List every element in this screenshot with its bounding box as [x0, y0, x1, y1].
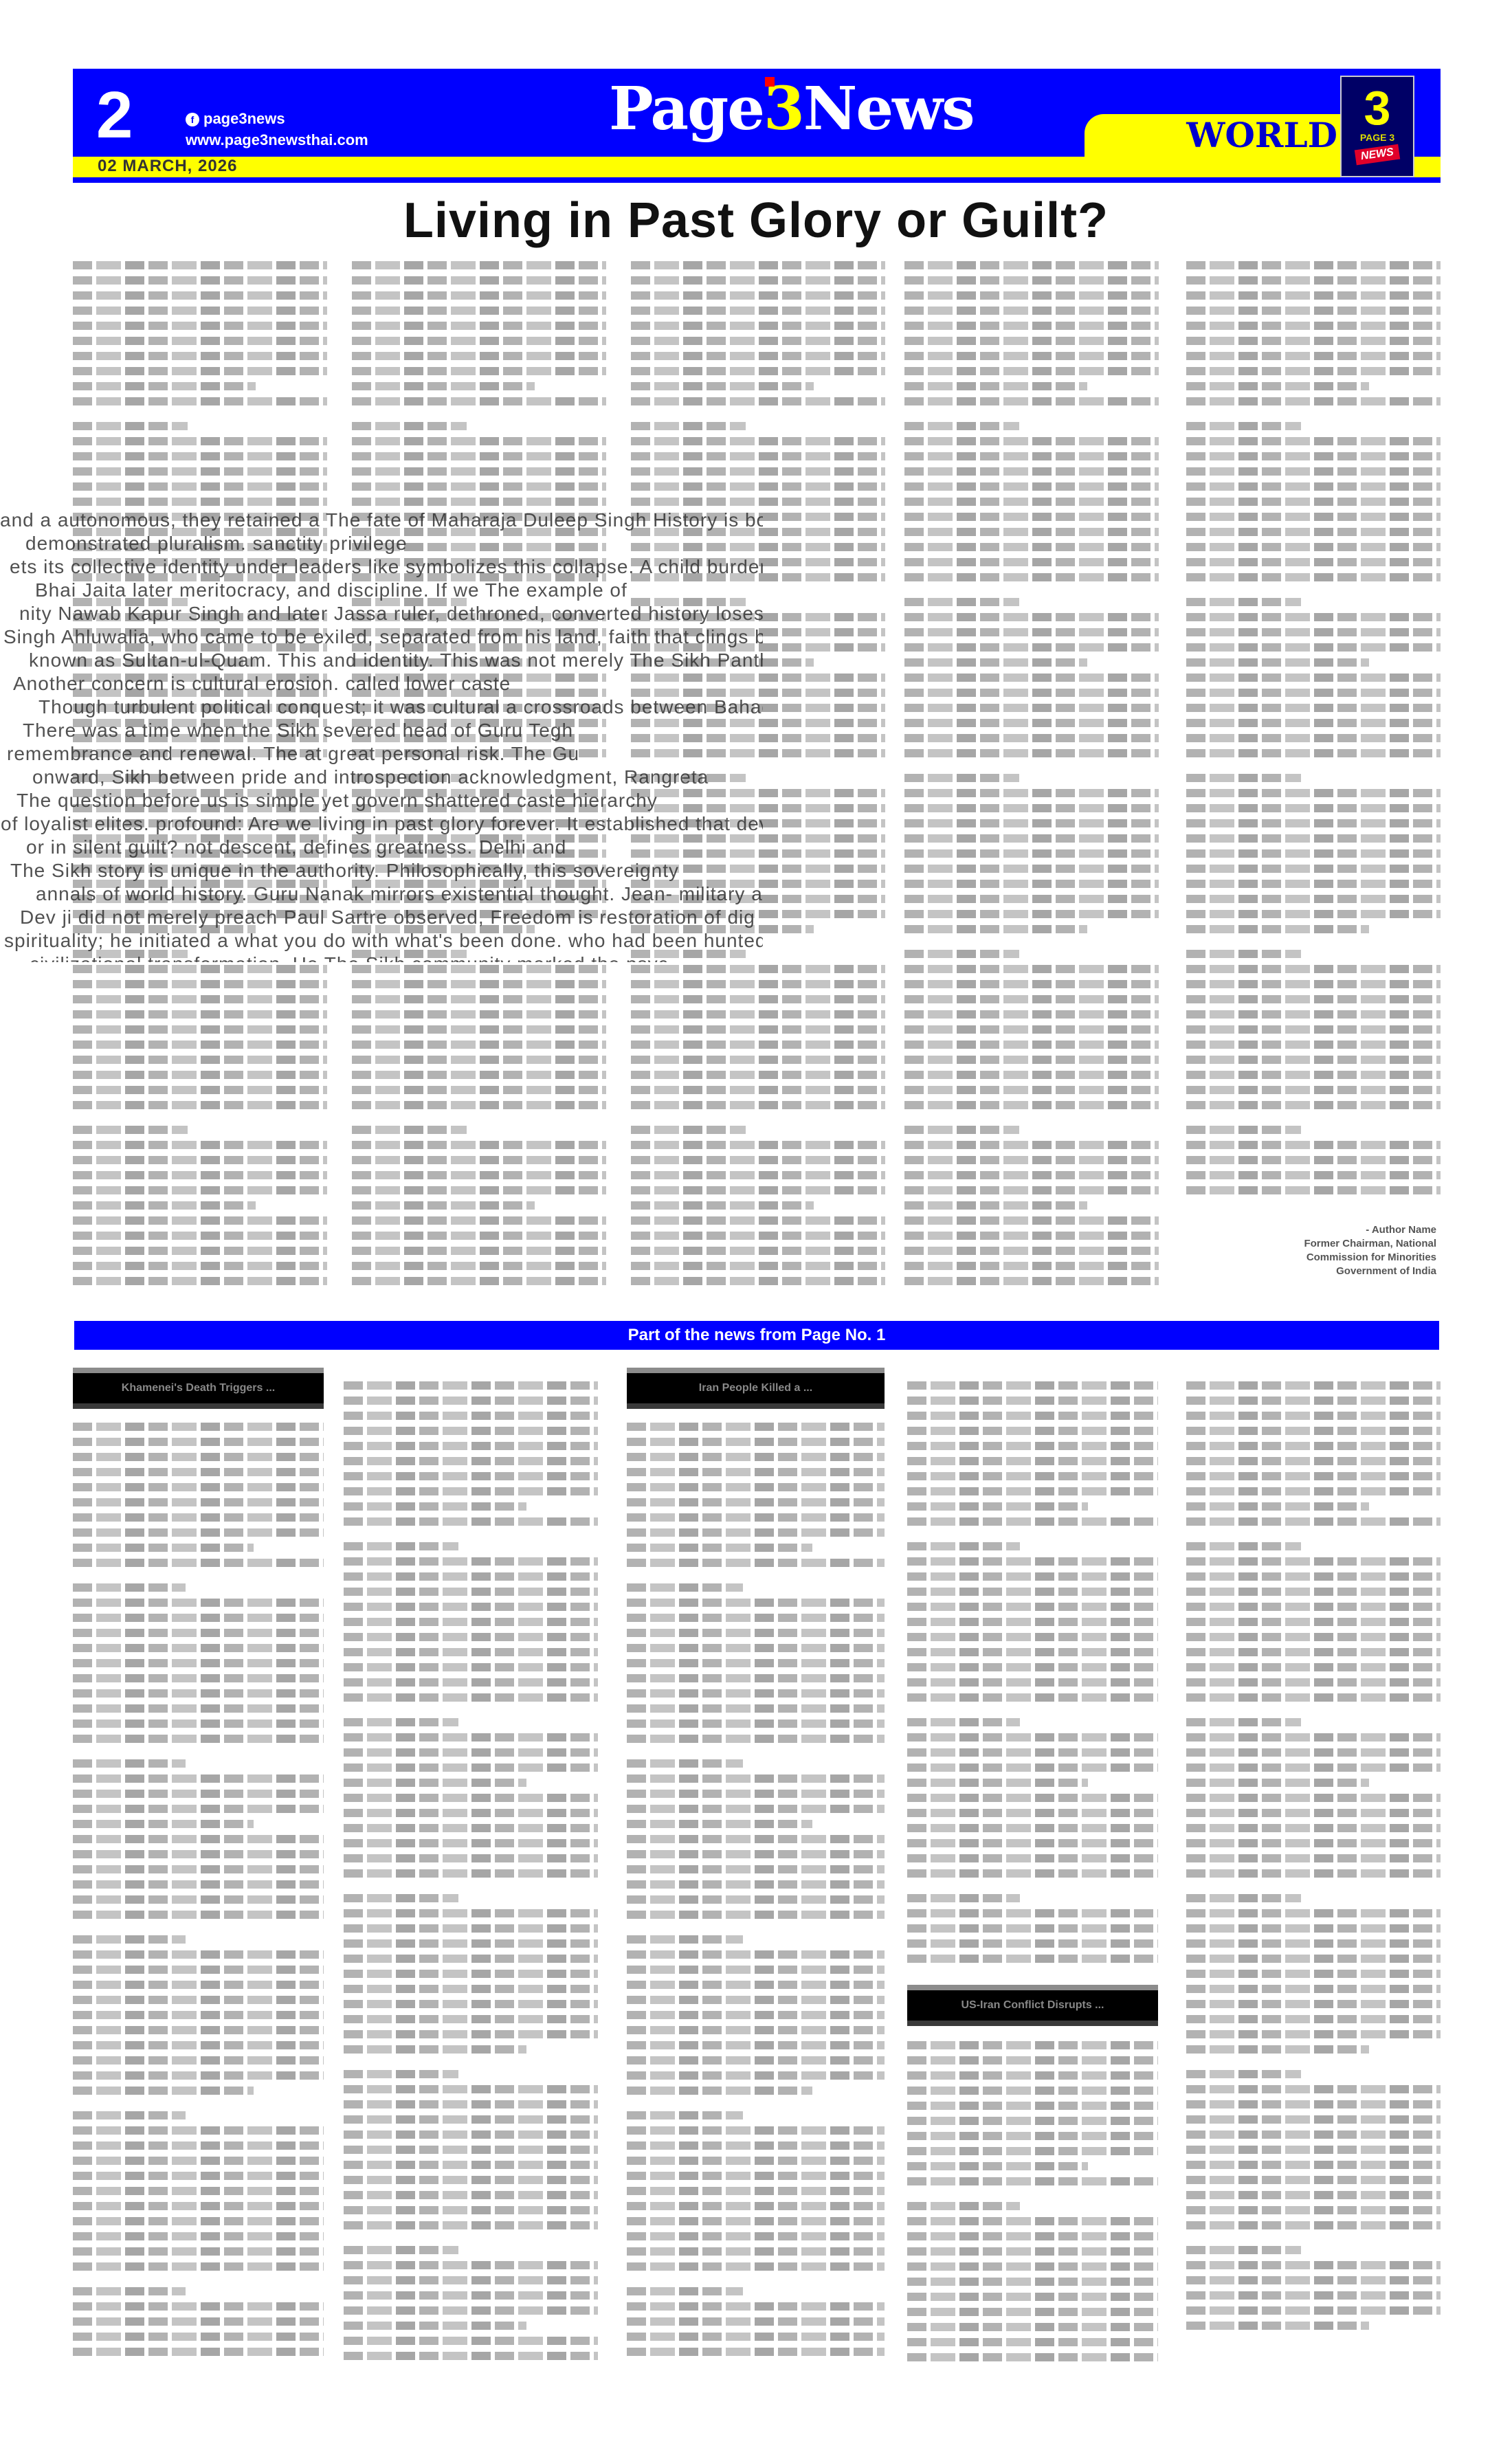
text-line	[627, 2287, 743, 2295]
text-line	[73, 2172, 324, 2180]
text-line	[344, 1869, 598, 1878]
text-line	[904, 437, 1159, 445]
text-line	[344, 2276, 598, 2284]
text-line	[1186, 1894, 1301, 1902]
overlay-text-line: of loyalist elites. profound: Are we liv…	[1, 812, 763, 836]
text-line	[344, 1824, 598, 1832]
text-line	[627, 1583, 743, 1592]
text-line	[904, 674, 1159, 682]
text-line	[1186, 789, 1441, 797]
text-line	[352, 1156, 606, 1164]
text-line	[904, 804, 1159, 812]
text-line	[904, 925, 1087, 933]
overlay-text-line: or in silent guilt? not descent, defines…	[26, 836, 763, 859]
logo-prefix: Page	[609, 74, 764, 144]
text-line	[73, 1895, 324, 1904]
text-line	[352, 1262, 606, 1270]
text-line	[1186, 1442, 1441, 1450]
text-line	[1186, 2322, 1369, 2330]
text-line	[344, 2291, 598, 2300]
paragraph-gap	[73, 1750, 324, 1759]
text-line	[1186, 1869, 1441, 1878]
text-line	[907, 1412, 1158, 1420]
article-headline: Living in Past Glory or Guilt?	[302, 192, 1210, 249]
text-line	[904, 382, 1087, 390]
text-line	[631, 965, 885, 973]
text-line	[344, 1412, 598, 1420]
text-line	[904, 689, 1159, 697]
text-line	[1186, 482, 1441, 491]
text-line	[907, 1502, 1088, 1511]
text-line	[907, 2087, 1158, 2095]
text-line	[1186, 367, 1441, 375]
text-line	[627, 2302, 885, 2311]
text-line	[344, 1542, 458, 1550]
text-line	[904, 1156, 1159, 1164]
continued-column-1	[73, 1423, 324, 2371]
text-line	[627, 1704, 885, 1713]
text-line	[73, 467, 327, 476]
text-line	[73, 1820, 254, 1828]
overlay-text-line: known as Sultan-ul-Quam. This and identi…	[29, 649, 763, 672]
paragraph-gap	[73, 1292, 327, 1302]
text-line	[631, 1056, 885, 1064]
text-line	[1186, 2130, 1441, 2139]
overlay-text-line: Another concern is cultural erosion. cal…	[13, 672, 763, 696]
text-line	[631, 1010, 885, 1019]
text-line	[1186, 1171, 1441, 1179]
text-line	[1186, 2085, 1441, 2093]
text-line	[73, 367, 327, 375]
text-line	[904, 1056, 1159, 1064]
text-line	[73, 437, 327, 445]
text-line	[344, 1502, 526, 1511]
text-line	[627, 2041, 885, 2049]
paragraph-gap	[904, 588, 1159, 598]
text-line	[1186, 1412, 1441, 1420]
text-line	[627, 1895, 885, 1904]
article-column-4	[904, 261, 1159, 1306]
text-line	[1186, 2161, 1441, 2169]
text-line	[627, 2247, 885, 2256]
text-line	[344, 1633, 598, 1641]
text-line	[1186, 437, 1441, 445]
text-line	[904, 965, 1159, 973]
text-line	[631, 498, 885, 506]
text-line	[907, 1693, 1158, 1702]
text-line	[904, 1247, 1159, 1255]
text-line	[904, 910, 1159, 918]
text-line	[73, 1277, 327, 1285]
text-line	[904, 704, 1159, 712]
text-line	[907, 2247, 1158, 2256]
paragraph-gap	[631, 1116, 885, 1126]
text-line	[1186, 1542, 1301, 1550]
paragraph-gap	[73, 1926, 324, 1935]
text-line	[73, 2056, 324, 2065]
text-line	[627, 1629, 885, 1637]
text-line	[627, 1423, 885, 1431]
text-line	[627, 1935, 743, 1944]
text-line	[73, 1704, 324, 1713]
text-line	[352, 1086, 606, 1094]
text-line	[627, 2126, 885, 2135]
text-line	[1186, 2030, 1441, 2038]
text-line	[1186, 1779, 1369, 1787]
text-line	[904, 819, 1159, 827]
text-line	[907, 1572, 1158, 1581]
text-line	[904, 352, 1159, 360]
text-line	[73, 1262, 327, 1270]
text-line	[631, 322, 885, 330]
text-line	[73, 2126, 324, 2135]
text-line	[73, 965, 327, 973]
paragraph-gap	[344, 1533, 598, 1542]
paragraph-gap	[904, 1116, 1159, 1126]
text-line	[907, 1381, 1158, 1390]
text-line	[352, 980, 606, 988]
text-line	[73, 1247, 327, 1255]
text-line	[1186, 1763, 1441, 1772]
text-line	[1186, 543, 1441, 551]
text-line	[1186, 1502, 1369, 1511]
text-line	[1186, 467, 1441, 476]
text-line	[1186, 261, 1441, 269]
text-line	[627, 1774, 885, 1783]
text-line	[73, 1865, 324, 1873]
text-line	[73, 1186, 327, 1194]
text-line	[344, 1909, 598, 1917]
text-line	[352, 422, 467, 430]
page3-badge-logo: 3 PAGE 3 NEWS	[1340, 76, 1414, 177]
text-line	[73, 2071, 324, 2080]
text-line	[904, 291, 1159, 300]
text-line	[1186, 1924, 1441, 1933]
text-line	[1186, 965, 1441, 973]
text-line	[1186, 528, 1441, 536]
text-line	[73, 1056, 327, 1064]
text-line	[1186, 2115, 1441, 2124]
text-line	[344, 1648, 598, 1656]
text-line	[631, 337, 885, 345]
text-line	[907, 2056, 1158, 2065]
text-line	[907, 1427, 1158, 1435]
text-line	[627, 1966, 885, 1974]
text-line	[631, 980, 885, 988]
text-line	[1186, 2221, 1441, 2229]
text-line	[1186, 382, 1369, 390]
text-line	[907, 1397, 1158, 1405]
text-line	[907, 1678, 1158, 1687]
text-line	[631, 482, 885, 491]
text-line	[1186, 2306, 1441, 2315]
text-line	[627, 1453, 885, 1461]
text-line	[352, 1126, 467, 1134]
text-line	[352, 1232, 606, 1240]
text-line	[907, 1542, 1020, 1550]
text-line	[73, 1232, 327, 1240]
text-line	[73, 322, 327, 330]
paragraph-gap	[344, 1709, 598, 1718]
text-line	[1186, 2100, 1441, 2108]
text-line	[73, 1483, 324, 1491]
text-line	[73, 2247, 324, 2256]
text-line	[352, 452, 606, 460]
text-line	[627, 1513, 885, 1522]
text-line	[627, 1720, 885, 1728]
text-line	[627, 1498, 885, 1506]
text-line	[73, 352, 327, 360]
text-line	[1186, 1186, 1441, 1194]
text-line	[907, 1839, 1158, 1847]
text-line	[907, 2132, 1158, 2140]
text-line	[344, 1718, 458, 1726]
text-line	[627, 1996, 885, 2004]
text-line	[344, 1939, 598, 1948]
text-line	[73, 2333, 324, 2341]
text-line	[344, 1603, 598, 1611]
text-line	[627, 1689, 885, 1698]
text-line	[1186, 910, 1441, 918]
text-line	[907, 1824, 1158, 1832]
website-link[interactable]: www.page3newsthai.com	[186, 130, 368, 151]
overlay-text-line: Singh Ahluwalia, who came to be exiled, …	[3, 625, 763, 649]
text-line	[73, 1528, 324, 1537]
text-line	[631, 1232, 885, 1240]
text-line	[1186, 422, 1301, 430]
text-line	[904, 397, 1159, 405]
text-line	[344, 1381, 598, 1390]
text-line	[631, 422, 746, 430]
newspaper-logo: Page3News	[609, 80, 974, 139]
text-line	[631, 1101, 885, 1109]
text-line	[1186, 1748, 1441, 1757]
overlay-text-line: civilizational transformation. He The Si…	[30, 953, 763, 962]
text-line	[907, 1633, 1158, 1641]
text-line	[907, 2177, 1158, 2185]
text-line	[1186, 291, 1441, 300]
text-line	[73, 1025, 327, 1034]
text-line	[344, 2206, 598, 2214]
text-line	[631, 1156, 885, 1164]
text-line	[1186, 1809, 1441, 1817]
text-line	[73, 2187, 324, 2195]
paragraph-gap	[1186, 764, 1441, 774]
text-line	[627, 1468, 885, 1476]
text-line	[73, 2262, 324, 2271]
text-line	[627, 2317, 885, 2326]
text-line	[73, 1996, 324, 2004]
text-line	[73, 1468, 324, 1476]
text-line	[1186, 1618, 1441, 1626]
text-line	[631, 1216, 885, 1225]
text-line	[73, 1438, 324, 1446]
text-line	[627, 2217, 885, 2225]
text-line	[631, 367, 885, 375]
text-line	[627, 2348, 885, 2356]
overlay-text-line: remembrance and renewal. The at great pe…	[7, 742, 763, 766]
text-line	[344, 2085, 598, 2093]
text-line	[344, 2100, 598, 2108]
text-line	[904, 452, 1159, 460]
text-line	[907, 1472, 1158, 1480]
paragraph-gap	[907, 2192, 1158, 2202]
text-line	[1186, 1824, 1441, 1832]
text-line	[627, 1805, 885, 1813]
text-line	[1186, 2246, 1301, 2254]
page-number: 2	[96, 82, 133, 148]
text-line	[1186, 1794, 1441, 1802]
text-line	[907, 1763, 1158, 1772]
text-line	[1186, 337, 1441, 345]
text-line	[73, 1201, 256, 1210]
text-line	[907, 1517, 1158, 1526]
text-line	[904, 1010, 1159, 1019]
text-line	[904, 322, 1159, 330]
text-line	[73, 1101, 327, 1109]
text-line	[1186, 774, 1301, 782]
paragraph-gap	[1186, 1533, 1441, 1542]
text-line	[904, 1171, 1159, 1179]
text-line	[907, 1894, 1020, 1902]
text-line	[1186, 1427, 1441, 1435]
text-line	[352, 397, 606, 405]
paragraph-gap	[904, 940, 1159, 950]
text-line	[907, 1648, 1158, 1656]
text-line	[907, 2353, 1158, 2361]
paragraph-gap	[344, 2236, 598, 2246]
overlay-text-line: Bhai Jaita later meritocracy, and discip…	[35, 579, 763, 602]
masthead-bottom-rule	[73, 177, 1441, 183]
text-line	[904, 513, 1159, 521]
paragraph-gap	[1186, 940, 1441, 950]
text-line	[344, 1472, 598, 1480]
text-line	[344, 1517, 598, 1526]
text-line	[631, 452, 885, 460]
text-line	[352, 337, 606, 345]
text-line	[904, 789, 1159, 797]
text-line	[1186, 397, 1441, 405]
text-line	[1186, 2176, 1441, 2184]
continued-column-4b	[907, 2041, 1158, 2371]
text-line	[907, 1588, 1158, 1596]
text-line	[627, 1880, 885, 1889]
text-line	[631, 276, 885, 285]
overlay-text-line: spirituality; he initiated a what you do…	[4, 929, 763, 953]
continued-section-label-1: Khamenei's Death Triggers ...	[73, 1368, 324, 1409]
text-line	[907, 1557, 1158, 1566]
text-line	[73, 397, 327, 405]
text-line	[344, 2221, 598, 2229]
text-line	[904, 1277, 1159, 1285]
overlay-text-line: Though turbulent political conquest; it …	[38, 696, 763, 719]
continued-news-banner: Part of the news from Page No. 1	[74, 1321, 1439, 1350]
text-line	[627, 1644, 885, 1652]
text-line	[907, 2278, 1158, 2286]
text-line	[344, 1557, 598, 1566]
social-handle[interactable]: page3news	[203, 110, 285, 127]
text-line	[1186, 598, 1301, 606]
overlay-text-line: nity Nawab Kapur Singh and later Jassa r…	[19, 602, 763, 625]
author-signature: - Author NameFormer Chairman, NationalCo…	[1304, 1223, 1436, 1278]
text-line	[73, 1981, 324, 1989]
text-line	[1186, 1603, 1441, 1611]
text-line	[344, 1748, 598, 1757]
text-line	[73, 1513, 324, 1522]
text-line	[627, 1483, 885, 1491]
text-line	[904, 1041, 1159, 1049]
text-line	[631, 1171, 885, 1179]
text-line	[1186, 849, 1441, 858]
text-line	[73, 482, 327, 491]
text-line	[1186, 1056, 1441, 1064]
paragraph-gap	[1186, 588, 1441, 598]
text-line	[1186, 1939, 1441, 1948]
text-line	[1186, 834, 1441, 843]
text-line	[904, 880, 1159, 888]
text-line	[73, 1911, 324, 1919]
text-line	[73, 307, 327, 315]
text-line	[904, 367, 1159, 375]
text-line	[73, 1126, 188, 1134]
text-line	[1186, 880, 1441, 888]
continued-column-4	[907, 1381, 1158, 1972]
text-line	[627, 1850, 885, 1858]
text-line	[1186, 1041, 1441, 1049]
text-line	[73, 261, 327, 269]
text-line	[631, 261, 885, 269]
text-line	[1186, 1025, 1441, 1034]
text-line	[627, 1950, 885, 1959]
text-line	[344, 1663, 598, 1671]
text-line	[631, 1247, 885, 1255]
text-line	[73, 1423, 324, 1431]
text-line	[904, 1232, 1159, 1240]
text-line	[73, 2232, 324, 2240]
text-line	[627, 2262, 885, 2271]
text-line	[1186, 1633, 1441, 1641]
text-line	[904, 337, 1159, 345]
paragraph-gap	[904, 1292, 1159, 1302]
text-line	[73, 2011, 324, 2019]
text-line	[73, 1599, 324, 1607]
text-line	[352, 1141, 606, 1149]
text-line	[904, 1141, 1159, 1149]
text-line	[352, 291, 606, 300]
paragraph-gap	[907, 1884, 1158, 1894]
text-line	[627, 1528, 885, 1537]
signature-line: - Author Name	[1304, 1223, 1436, 1237]
text-line	[352, 1247, 606, 1255]
text-line	[907, 1442, 1158, 1450]
paragraph-gap	[907, 2368, 1158, 2371]
text-line	[907, 1794, 1158, 1802]
text-line	[631, 1262, 885, 1270]
text-line	[73, 276, 327, 285]
text-line	[73, 1966, 324, 1974]
text-line	[904, 734, 1159, 742]
text-line	[73, 1659, 324, 1667]
paragraph-gap	[344, 1884, 598, 1894]
continued-column-2	[344, 1381, 598, 2371]
paragraph-gap	[73, 1116, 327, 1126]
text-line	[907, 1924, 1158, 1933]
text-line	[904, 628, 1159, 636]
text-line	[627, 1544, 812, 1552]
text-line	[73, 2317, 324, 2326]
text-line	[352, 276, 606, 285]
text-line	[907, 2308, 1158, 2316]
